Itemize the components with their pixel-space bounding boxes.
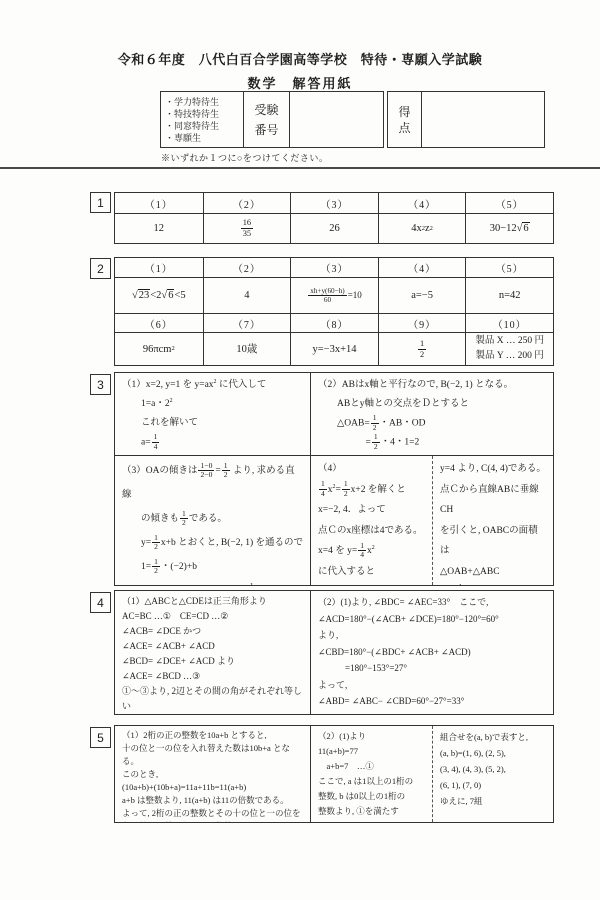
answer-cell: 96πcm2 [115,332,203,365]
answer-cell: 30−12√6 [465,213,553,243]
section-4-number: 4 [90,592,111,613]
answer-cell: √23<2√6<5 [115,277,203,313]
score-label: 得点 [388,92,422,147]
answer-cell: 12 [115,213,203,243]
answer-header-cell: （2） [203,258,291,277]
answer-cell: 26 [290,213,378,243]
answer-header-cell: （8） [290,313,378,332]
solution-cell-5-2: （2）(1)より11(a+b)=77 a+b=7 …①ここで, a は1以上の1… [311,726,433,822]
exam-number-field [290,92,383,147]
section-3-number: 3 [90,374,111,395]
answer-header-cell: （10） [465,313,553,332]
solution-cell-3-2: （2）ABはx軸と平行なので, B(−2, 1) となる。 ABとy軸との交点を… [311,373,553,455]
solution-cell-3-3: （3）OAの傾きは1−02−0=12 より, 求める直線 の傾きも12である。 … [115,456,311,585]
section-2-number: 2 [90,258,111,279]
answer-cell: 4 [203,277,291,313]
answer-header-cell: （4） [378,193,466,213]
circle-instruction-note: ※いずれか１つに○をつけてください。 [161,151,328,164]
answer-cell: 4x2z2 [378,213,466,243]
examinee-info-box: ・学力特待生・特技特待生・同窓特待生・専願生 受験番号 [160,91,384,148]
answer-header-cell: （3） [290,193,378,213]
page-subtitle: 数学 解答用紙 [0,73,600,92]
answer-header-cell: （2） [203,193,291,213]
answer-cell: xh+y(60−h)60=10 [290,277,378,313]
score-field [422,92,544,147]
answer-cell: 製品 X … 250 円製品 Y … 200 円 [465,332,553,365]
section-1-number: 1 [90,192,111,213]
applicant-category-list: ・学力特待生・特技特待生・同窓特待生・専願生 [161,92,244,147]
answer-cell: 10歳 [203,332,291,365]
solution-cell-3-1: （1）x=2, y=1 を y=ax2 に代入して 1=a・22 これを解いて … [115,373,311,455]
exam-number-label: 受験番号 [244,92,290,147]
solution-cell-5-2-combinations: 組合せを(a, b)で表すと,(a, b)=(1, 6), (2, 5),(3,… [433,726,553,822]
answer-sheet-page: 令和６年度 八代白百合学園高等学校 特待・専願入学試験 数学 解答用紙 ・学力特… [0,0,600,900]
answer-cell: n=42 [465,277,553,313]
answer-header-cell: （7） [203,313,291,332]
answer-header-cell: （3） [290,258,378,277]
answer-header-cell: （1） [115,258,203,277]
answer-cell: a=−5 [378,277,466,313]
answer-header-cell: （5） [465,258,553,277]
answer-header-cell: （5） [465,193,553,213]
answer-header-cell: （4） [378,258,466,277]
answer-header-cell: （9） [378,313,466,332]
answer-header-cell: （1） [115,193,203,213]
section-1-table: （1） （2） （3） （4） （5） 12 1635 26 4x2z2 30−… [114,192,554,244]
solution-cell-4-1: （1）△ABCと△CDEは正三角形よりAC=BC …① CE=CD …②∠ACB… [115,591,311,714]
section-5-number: 5 [90,727,111,748]
section-2-table: （1） （2） （3） （4） （5） √23<2√6<5 4 xh+y(60−… [114,257,554,366]
solution-cell-3-4: （4）14x2=12x+2 を解くとx=−2, 4．よって点Ｃのx座標は4である… [311,456,433,585]
page-title: 令和６年度 八代白百合学園高等学校 特待・専願入学試験 [0,49,600,68]
solution-cell-3-4-continued: y=4 より, C(4, 4)である。点Ｃから直線ABに垂線CHを引くと, OA… [433,456,553,585]
section-3-table: （1）x=2, y=1 を y=ax2 に代入して 1=a・22 これを解いて … [114,372,554,586]
solution-cell-4-2: （2）(1)より, ∠BDC= ∠AEC=33° ここで,∠ACD=180°−(… [311,591,553,714]
header-divider [0,167,600,169]
answer-header-cell: （6） [115,313,203,332]
score-box: 得点 [387,91,545,148]
section-5-table: （1）2桁の正の整数を10a+b とすると,十の位と一の位を入れ替えた数は10b… [114,725,554,823]
answer-cell: 1635 [203,213,291,243]
answer-cell: 12 [378,332,466,365]
solution-cell-5-1: （1）2桁の正の整数を10a+b とすると,十の位と一の位を入れ替えた数は10b… [115,726,311,822]
section-4-table: （1）△ABCと△CDEは正三角形よりAC=BC …① CE=CD …②∠ACB… [114,590,554,715]
answer-cell: y=−3x+14 [290,332,378,365]
